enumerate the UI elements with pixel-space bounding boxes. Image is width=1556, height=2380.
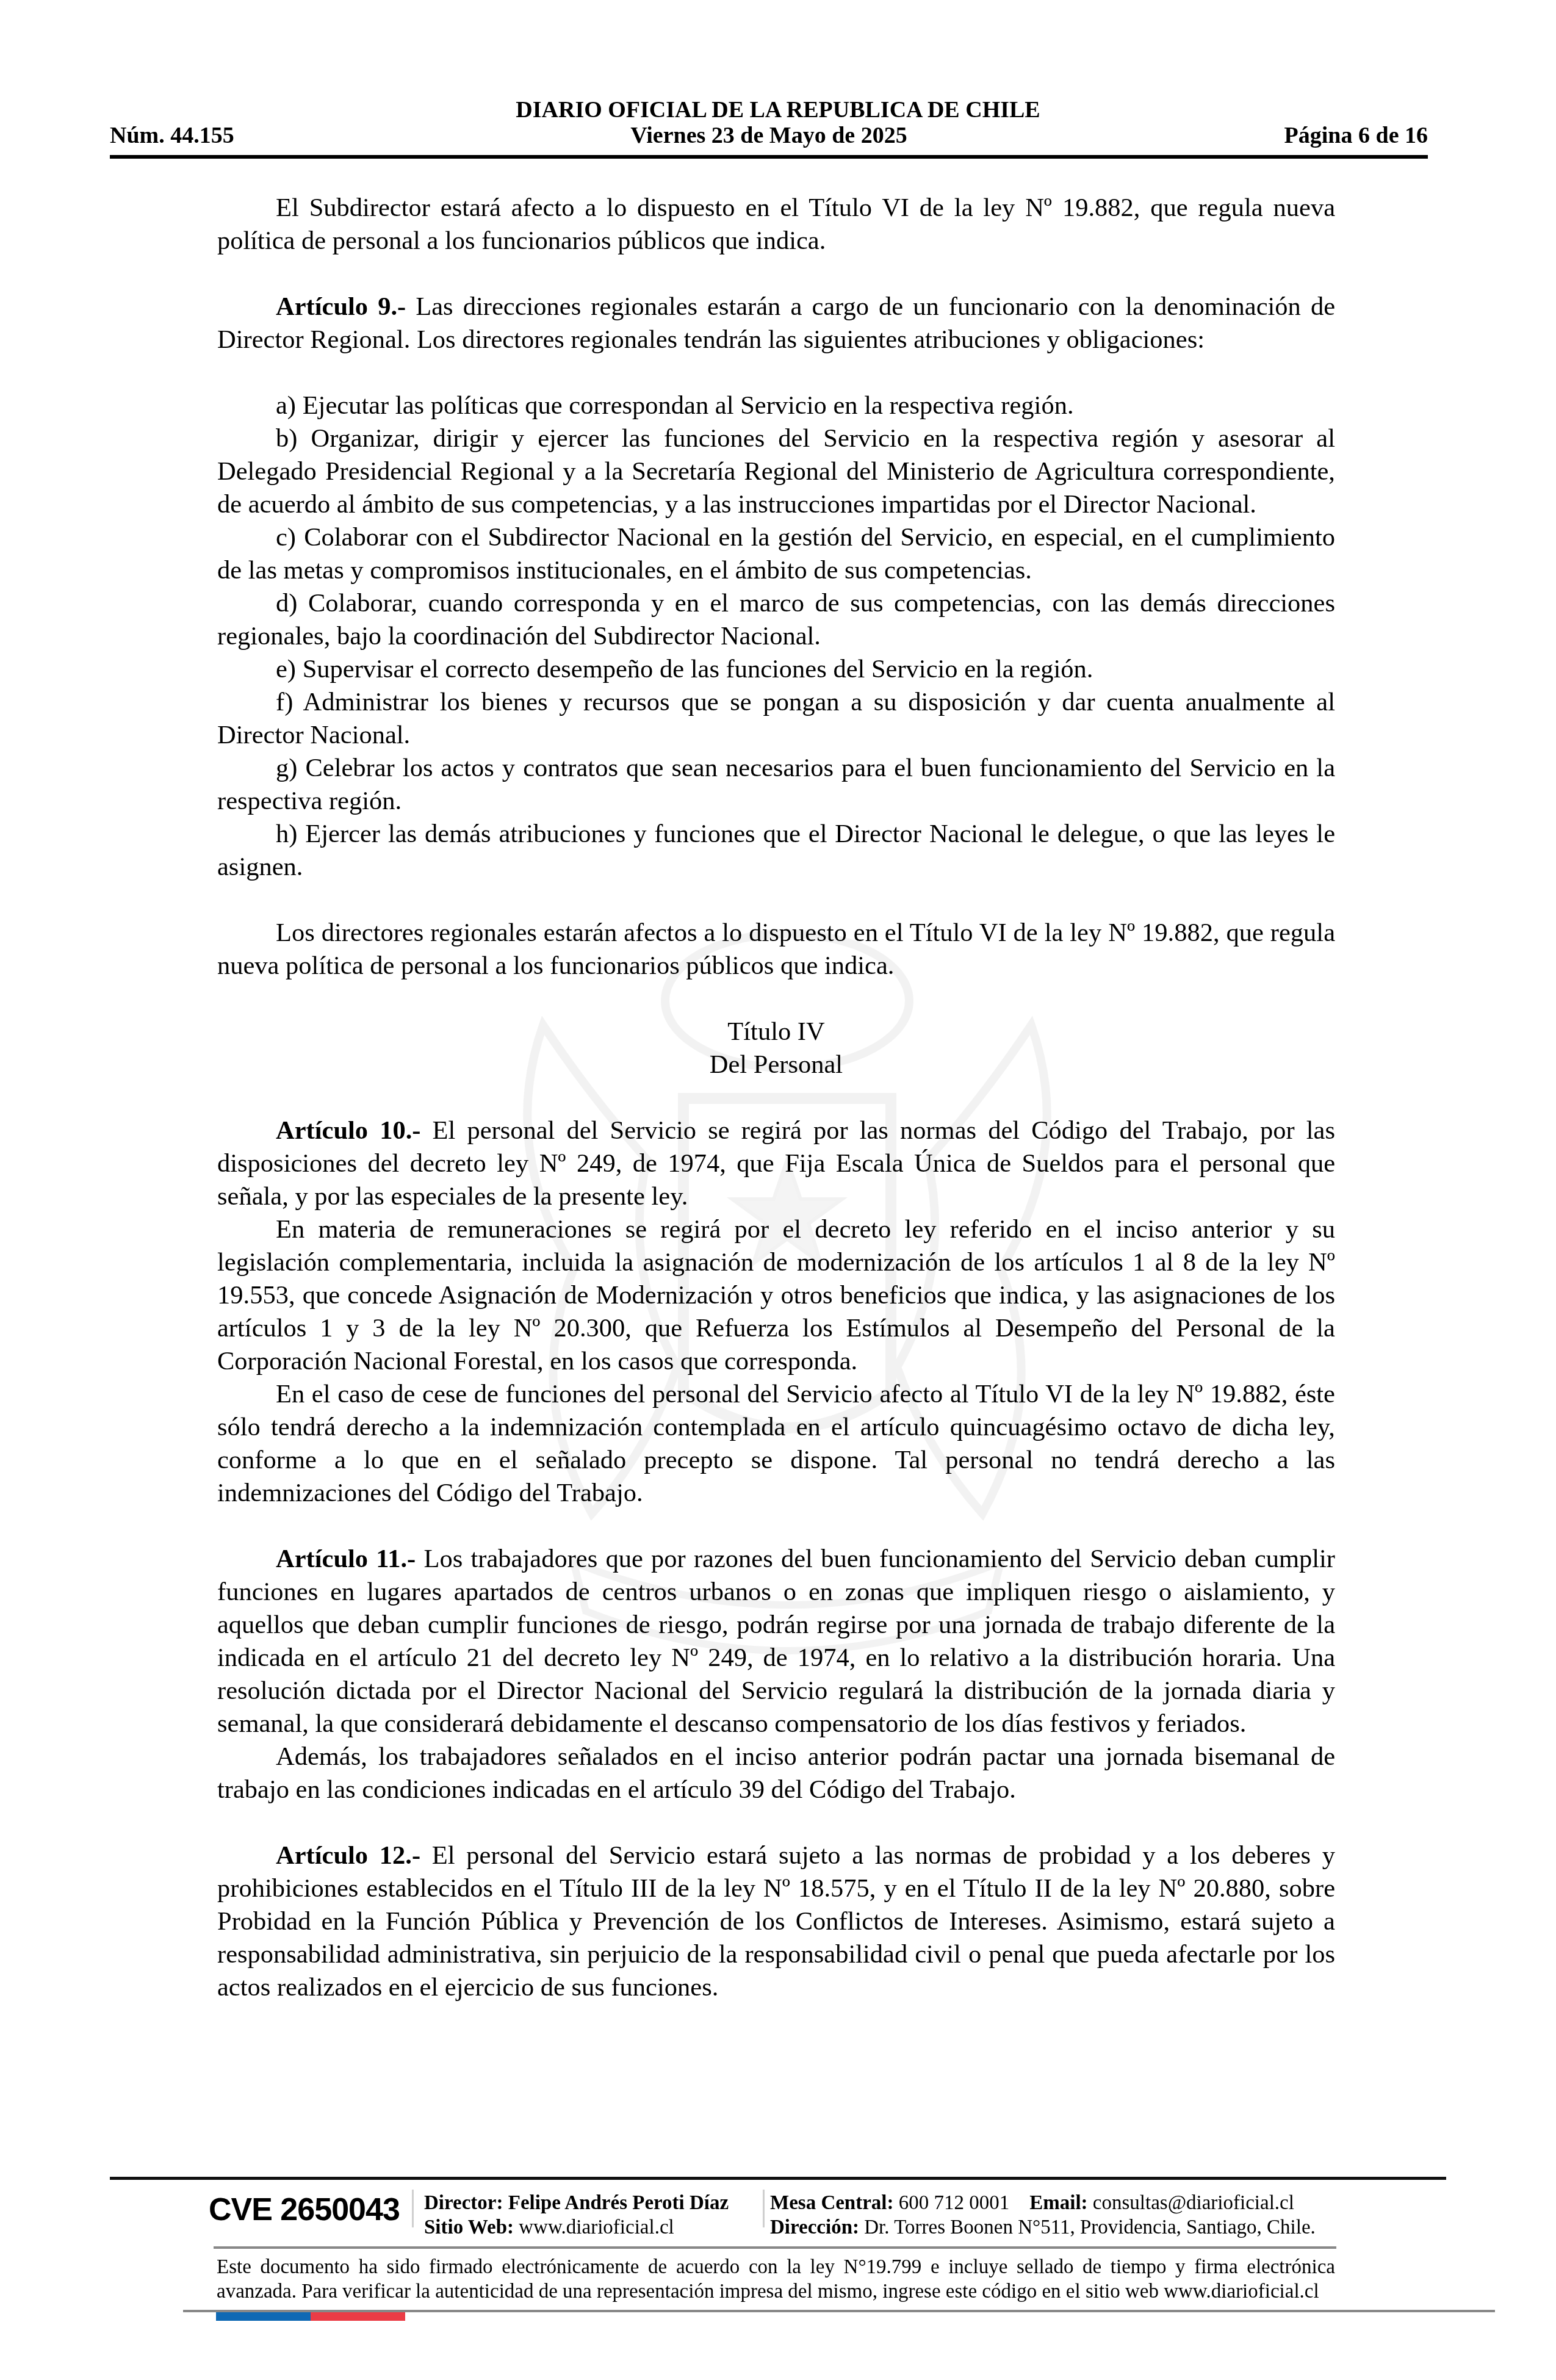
director-line: Director: Felipe Andrés Peroti Díaz bbox=[424, 2191, 729, 2215]
article-9-item-h: h) Ejercer las demás atribuciones y func… bbox=[217, 818, 1335, 884]
footer-separator bbox=[412, 2190, 414, 2227]
article-9-item-g: g) Celebrar los actos y contratos que se… bbox=[217, 752, 1335, 818]
electronic-signature-note: Este documento ha sido firmado electróni… bbox=[217, 2255, 1335, 2304]
article-11-paragraph-2: Además, los trabajadores señalados en el… bbox=[217, 1740, 1335, 1806]
director-label: Director: bbox=[424, 2192, 503, 2214]
article-9-item-d: d) Colaborar, cuando corresponda y en el… bbox=[217, 587, 1335, 653]
document-page: DIARIO OFICIAL DE LA REPUBLICA DE CHILE … bbox=[0, 0, 1556, 2380]
footer-divider-middle bbox=[214, 2246, 1336, 2249]
article-9-label: Artículo 9.- bbox=[276, 292, 406, 321]
article-9-item-e: e) Supervisar el correcto desempeño de l… bbox=[217, 653, 1335, 686]
website-label: Sitio Web: bbox=[424, 2216, 514, 2238]
header-divider bbox=[110, 155, 1428, 159]
header-row: Núm. 44.155 Viernes 23 de Mayo de 2025 P… bbox=[110, 122, 1428, 151]
footer-contact-info: Mesa Central: 600 712 0001 Email: consul… bbox=[770, 2191, 1316, 2240]
cve-code: CVE 2650043 bbox=[209, 2191, 400, 2228]
article-9: Artículo 9.- Las direcciones regionales … bbox=[217, 290, 1335, 356]
address-label: Dirección: bbox=[770, 2216, 859, 2238]
address-value: Dr. Torres Boonen N°511, Providencia, Sa… bbox=[859, 2216, 1316, 2238]
footer-divider-top bbox=[110, 2177, 1446, 2180]
article-10: Artículo 10.- El personal del Servicio s… bbox=[217, 1114, 1335, 1213]
article-10-paragraph-2: En materia de remuneraciones se regirá p… bbox=[217, 1213, 1335, 1378]
director-name: Felipe Andrés Peroti Díaz bbox=[503, 2192, 729, 2214]
issue-date: Viernes 23 de Mayo de 2025 bbox=[110, 122, 1428, 149]
article-10-label: Artículo 10.- bbox=[276, 1116, 420, 1145]
article-9-item-c: c) Colaborar con el Subdirector Nacional… bbox=[217, 521, 1335, 587]
document-body: El Subdirector estará afecto a lo dispue… bbox=[217, 192, 1335, 2004]
article-12: Artículo 12.- El personal del Servicio e… bbox=[217, 1839, 1335, 2004]
article-9-item-a: a) Ejecutar las políticas que correspond… bbox=[217, 389, 1335, 422]
article-11-text: Los trabajadores que por razones del bue… bbox=[217, 1545, 1335, 1738]
website-line: Sitio Web: www.diarioficial.cl bbox=[424, 2215, 729, 2240]
page-indicator: Página 6 de 16 bbox=[1284, 122, 1428, 149]
article-9-item-b: b) Organizar, dirigir y ejercer las func… bbox=[217, 422, 1335, 521]
title-iv-heading: Título IV bbox=[217, 1015, 1335, 1048]
address-line: Dirección: Dr. Torres Boonen N°511, Prov… bbox=[770, 2215, 1316, 2240]
footer-separator bbox=[763, 2190, 765, 2227]
article-12-label: Artículo 12.- bbox=[276, 1841, 420, 1870]
footer-director-info: Director: Felipe Andrés Peroti Díaz Siti… bbox=[424, 2191, 729, 2240]
article-9-item-f: f) Administrar los bienes y recursos que… bbox=[217, 686, 1335, 752]
article-11-label: Artículo 11.- bbox=[276, 1545, 416, 1573]
flag-stripe-red bbox=[311, 2312, 405, 2321]
article-9-closing: Los directores regionales estarán afecto… bbox=[217, 917, 1335, 983]
email-link[interactable]: consultas@diarioficial.cl bbox=[1088, 2192, 1294, 2214]
newspaper-title: DIARIO OFICIAL DE LA REPUBLICA DE CHILE bbox=[0, 96, 1556, 123]
title-iv-subheading: Del Personal bbox=[217, 1048, 1335, 1081]
website-link[interactable]: www.diarioficial.cl bbox=[514, 2216, 674, 2238]
article-11: Artículo 11.- Los trabajadores que por r… bbox=[217, 1543, 1335, 1740]
phone-number: 600 712 0001 bbox=[894, 2192, 1010, 2214]
paragraph-subdirector: El Subdirector estará afecto a lo dispue… bbox=[217, 192, 1335, 258]
email-label: Email: bbox=[1029, 2192, 1087, 2214]
article-10-paragraph-3: En el caso de cese de funciones del pers… bbox=[217, 1378, 1335, 1510]
phone-label: Mesa Central: bbox=[770, 2192, 894, 2214]
contact-line: Mesa Central: 600 712 0001 Email: consul… bbox=[770, 2191, 1316, 2215]
flag-stripe-blue bbox=[216, 2312, 311, 2321]
